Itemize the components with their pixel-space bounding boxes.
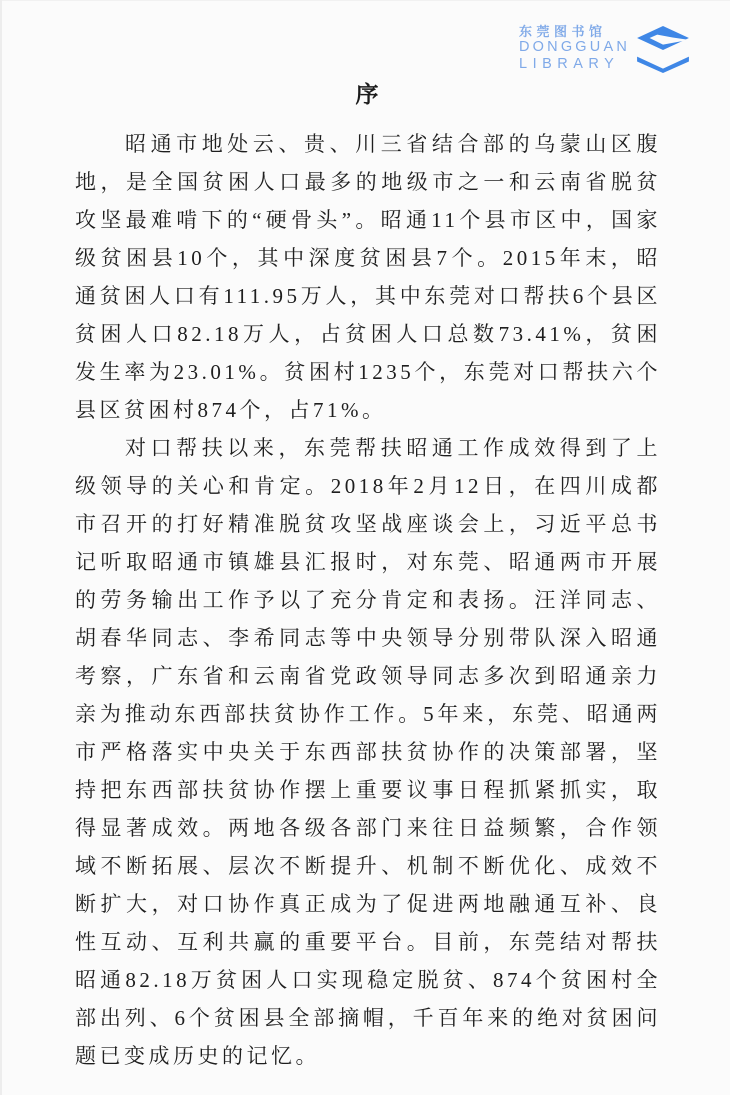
logo-chinese-name: 东莞图书馆: [519, 24, 630, 39]
preface-paragraph-1: 昭通市地处云、贵、川三省结合部的乌蒙山区腹地，是全国贫困人口最多的地级市之一和云…: [75, 125, 661, 429]
dongguan-library-logo: 东莞图书馆 DONGGUAN LIBRARY: [519, 24, 692, 74]
logo-text: 东莞图书馆 DONGGUAN LIBRARY: [519, 24, 630, 74]
preface-content: 序 昭通市地处云、贵、川三省结合部的乌蒙山区腹地，是全国贫困人口最多的地级市之一…: [75, 76, 661, 1075]
preface-paragraph-2: 对口帮扶以来，东莞帮扶昭通工作成效得到了上级领导的关心和肯定。2018年2月12…: [75, 429, 661, 1075]
stacked-books-e-icon: [634, 25, 692, 73]
logo-english-line2: LIBRARY: [519, 56, 630, 73]
logo-english-line1: DONGGUAN: [519, 39, 630, 56]
page-title: 序: [75, 76, 661, 109]
scanned-document-page: 东莞图书馆 DONGGUAN LIBRARY 序 昭通市地处云、贵、川三省结合部…: [0, 0, 730, 1095]
